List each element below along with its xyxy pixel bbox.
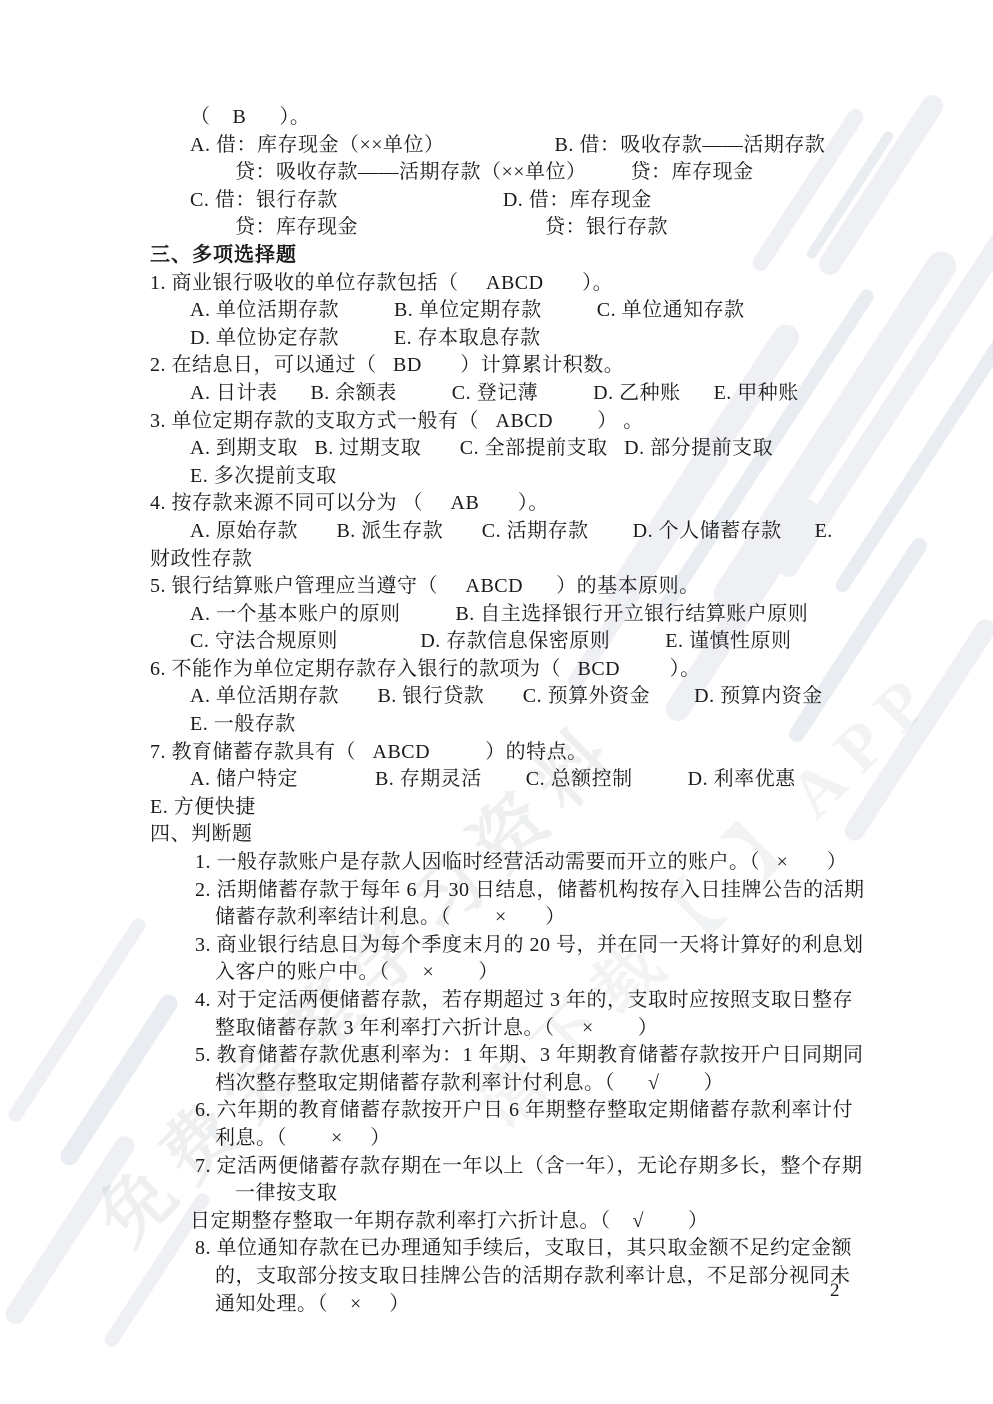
mc-q6-options-1: A. 单位活期存款 B. 银行贷款 C. 预算外资金 D. 预算内资金 xyxy=(190,683,873,711)
mc-q5: 5. 银行结算账户管理应当遵守（ ABCD ）的基本原则。 xyxy=(150,573,873,601)
tf-q8-line3: 通知处理。（ × ） xyxy=(215,1291,873,1319)
mc-q7-options-1: A. 储户特定 B. 存期灵活 C. 总额控制 D. 利率优惠 xyxy=(190,766,873,794)
tf-q2-line2: 储蓄存款利率结计利息。（ × ） xyxy=(215,904,873,932)
section3-heading: 三、多项选择题 xyxy=(150,242,873,270)
tf-q7-line1: 7. 定活两便储蓄存款存期在一年以上（含一年），无论存期多长，整个存期 xyxy=(195,1153,873,1181)
document-page: 免费完整学习资料 请下载【 】APP （ B ）。A. 借：库存现金（××单位）… xyxy=(0,0,993,1404)
mc-q6-options-2: E. 一般存款 xyxy=(190,711,873,739)
mc-q7-options-2: E. 方便快捷 xyxy=(150,794,873,822)
tf-q8-line2: 的，支取部分按支取日挂牌公告的活期存款利率计息，不足部分视同未 xyxy=(215,1263,873,1291)
prev-answer-line: （ B ）。 xyxy=(190,104,873,132)
mc-q4-options-1: A. 原始存款 B. 派生存款 C. 活期存款 D. 个人储蓄存款 E. xyxy=(190,518,873,546)
tf-q7-line2: 一律按支取 xyxy=(235,1180,873,1208)
tf-q5-line1: 5. 教育储蓄存款优惠利率为：1 年期、3 年期教育储蓄存款按开户日同期同 xyxy=(195,1042,873,1070)
tf-q1: 1. 一般存款账户是存款人因临时经营活动需要而开立的账户。（ × ） xyxy=(195,849,873,877)
mc-q3: 3. 单位定期存款的支取方式一般有（ ABCD ） 。 xyxy=(150,408,873,436)
mc-q1-options-1: A. 单位活期存款 B. 单位定期存款 C. 单位通知存款 xyxy=(190,297,873,325)
mc-q3-options-1: A. 到期支取 B. 过期支取 C. 全部提前支取 D. 部分提前支取 xyxy=(190,435,873,463)
mc-q5-options-2: C. 守法合规原则 D. 存款信息保密原则 E. 谨慎性原则 xyxy=(190,628,873,656)
prev-option-row-cd: C. 借：银行存款 D. 借：库存现金 xyxy=(190,187,873,215)
document-content: （ B ）。A. 借：库存现金（××单位） B. 借：吸收存款——活期存款贷：吸… xyxy=(0,0,993,1318)
tf-q7-line3: 日定期整存整取一年期存款利率打六折计息。（ √ ） xyxy=(190,1208,873,1236)
prev-option-row-cd2: 贷：库存现金 贷：银行存款 xyxy=(235,214,873,242)
mc-q4: 4. 按存款来源不同可以分为 （ AB ）。 xyxy=(150,490,873,518)
section4-heading: 四、判断题 xyxy=(150,821,873,849)
tf-q4-line1: 4. 对于定活两便储蓄存款，若存期超过 3 年的，支取时应按照支取日整存 xyxy=(195,987,873,1015)
mc-q7: 7. 教育储蓄存款具有（ ABCD ）的特点。 xyxy=(150,739,873,767)
mc-q5-options-1: A. 一个基本账户的原则 B. 自主选择银行开立银行结算账户原则 xyxy=(190,601,873,629)
tf-q6-line1: 6. 六年期的教育储蓄存款按开户日 6 年期整存整取定期储蓄存款利率计付 xyxy=(195,1097,873,1125)
tf-q3-line1: 3. 商业银行结息日为每个季度末月的 20 号，并在同一天将计算好的利息划 xyxy=(195,932,873,960)
mc-q6: 6. 不能作为单位定期存款存入银行的款项为（ BCD ）。 xyxy=(150,656,873,684)
tf-q4-line2: 整取储蓄存款 3 年利率打六折计息。（ × ） xyxy=(215,1015,873,1043)
tf-q5-line2: 档次整存整取定期储蓄存款利率计付利息。（ √ ） xyxy=(215,1070,873,1098)
mc-q1-options-2: D. 单位协定存款 E. 存本取息存款 xyxy=(190,325,873,353)
tf-q8-line1: 8. 单位通知存款在已办理通知手续后，支取日，其只取金额不足约定金额 xyxy=(195,1235,873,1263)
tf-q3-line2: 入客户的账户中。（ × ） xyxy=(215,959,873,987)
mc-q2: 2. 在结息日，可以通过（ BD ）计算累计积数。 xyxy=(150,352,873,380)
page-number: 2 xyxy=(830,1280,840,1302)
tf-q2-line1: 2. 活期储蓄存款于每年 6 月 30 日结息，储蓄机构按存入日挂牌公告的活期 xyxy=(195,877,873,905)
tf-q6-line2: 利息。（ × ） xyxy=(215,1125,873,1153)
mc-q2-options: A. 日计表 B. 余额表 C. 登记薄 D. 乙种账 E. 甲种账 xyxy=(190,380,873,408)
prev-option-row-ab: A. 借：库存现金（××单位） B. 借：吸收存款——活期存款 xyxy=(190,132,873,160)
mc-q3-options-2: E. 多次提前支取 xyxy=(190,463,873,491)
prev-option-row-ab2: 贷：吸收存款——活期存款（××单位） 贷：库存现金 xyxy=(235,159,873,187)
mc-q1: 1. 商业银行吸收的单位存款包括（ ABCD ）。 xyxy=(150,270,873,298)
mc-q4-options-2: 财政性存款 xyxy=(150,546,873,574)
